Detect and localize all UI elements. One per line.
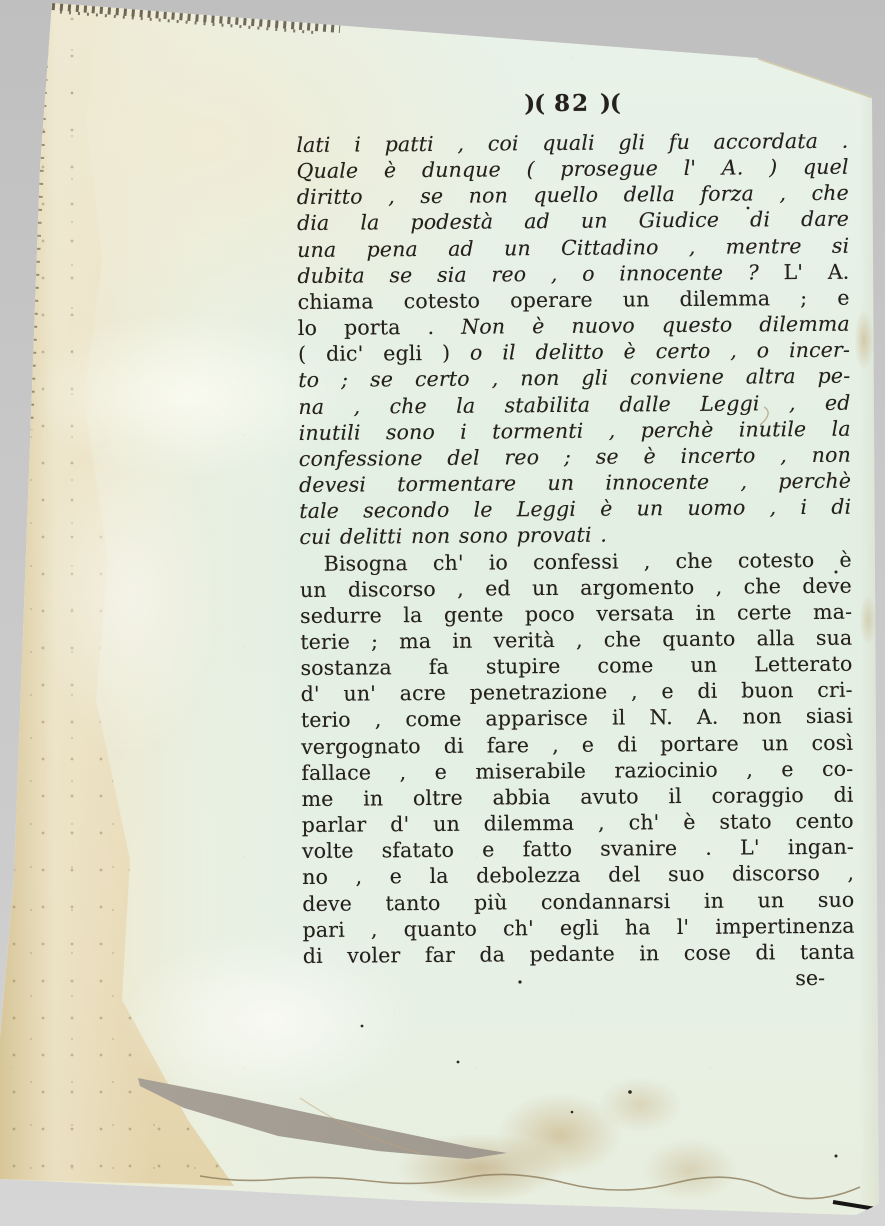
book-page: )(82)( lati i patti , coi quali gli fu a… (0, 0, 885, 1226)
text-line: terio , come apparisce il N. A. non sias… (301, 703, 853, 733)
roman-text-segment: me in oltre abbia avuto il coraggio di (301, 783, 853, 811)
text-lines: lati i patti , coi quali gli fu accordat… (296, 128, 855, 969)
page-number: 82 (554, 90, 590, 117)
roman-text-segment: terio , come apparisce il N. A. non sias… (301, 704, 853, 732)
bottom-crease-line (200, 1174, 860, 1198)
paper-patch-lower (40, 430, 220, 760)
italic-text-segment: confessione del reo ; se è incerto , non (299, 443, 851, 471)
roman-text-segment: volte sfatato e fatto svanire . L' ingan… (302, 835, 854, 863)
page-header: )(82)( (296, 88, 848, 119)
roman-text-segment: Bisogna ch' io confessi , che cotesto è (324, 547, 852, 575)
text-line: di voler far da pedante in cose di tanta (303, 938, 855, 968)
italic-text-segment: inutili sono i tormenti , perchè inutile… (299, 416, 851, 444)
italic-text-segment: lati i patti , coi quali gli fu accordat… (296, 129, 848, 157)
text-line: una pena ad un Cittadino , mentre si (297, 232, 849, 262)
roman-text-segment: L' A. (784, 259, 850, 284)
text-line: tale secondo le Leggi è un uomo , i di (299, 494, 851, 524)
scan-area: )(82)( lati i patti , coi quali gli fu a… (0, 0, 885, 1226)
page-text-block: )(82)( lati i patti , coi quali gli fu a… (296, 88, 855, 996)
roman-text-segment: ( dic' egli ) (298, 341, 470, 366)
text-line: pari , quanto ch' egli ha l' impertinenz… (302, 912, 854, 942)
italic-text-segment: cui delitti non sono provati . (299, 523, 607, 549)
italic-text-segment: na , che la stabilita dalle Leggi , ed (298, 390, 850, 418)
text-line: na , che la stabilita dalle Leggi , ed (298, 389, 850, 419)
roman-text-segment: parlar d' un dilemma , ch' è stato cento (302, 809, 854, 837)
catchword-row: se- (303, 965, 855, 996)
header-ornament-right: )( (600, 89, 620, 116)
corner-black-mark (833, 1202, 882, 1210)
roman-text-segment: deve tanto più condannarsi in un suo (302, 887, 854, 915)
roman-text-segment: sostanza fa stupire come un Letterato (300, 652, 852, 680)
roman-text-segment: di voler far da pedante in cose di tanta (303, 939, 855, 967)
roman-text-segment: pari , quanto ch' egli ha l' impertinenz… (302, 913, 854, 941)
italic-text-segment: dubita se sia reo , o innocente ? (297, 260, 783, 288)
italic-text-segment: Non è nuovo questo dilemma (461, 312, 850, 339)
text-line: deve tanto più condannarsi in un suo (302, 886, 854, 916)
catchword: se- (795, 966, 825, 990)
italic-text-segment: tale secondo le Leggi è un uomo , i di (299, 495, 851, 523)
text-line: no , e la debolezza del suo discorso , (302, 860, 854, 890)
text-line: un discorso , ed un argomento , che deve (300, 572, 852, 602)
roman-text-segment: chiama cotesto operare un dilemma ; e (298, 286, 850, 314)
header-ornament-left: )( (524, 90, 544, 117)
scan-background: { "document": { "page_number": "82", "he… (0, 0, 885, 1226)
roman-text-segment: terie ; ma in verità , che quanto alla s… (300, 626, 852, 654)
italic-text-segment: Quale è dunque ( prosegue l' A. ) quel (297, 155, 849, 183)
text-line: Bisogna ch' io confessi , che cotesto è (300, 546, 852, 576)
roman-text-segment: un discorso , ed un argomento , che deve (300, 573, 852, 601)
italic-text-segment: devesi tormentare un innocente , perchè (299, 469, 851, 497)
roman-text-segment: no , e la debolezza del suo discorso , (302, 861, 854, 889)
italic-text-segment: diritto , se non quello della forza , ch… (297, 181, 849, 209)
italic-text-segment: o il delitto è certo , o incer- (470, 338, 850, 365)
roman-text-segment: lo porta . (298, 315, 462, 340)
roman-text-segment: d' un' acre penetrazione , e di buon cri… (301, 678, 853, 706)
roman-text-segment: vergognato di fare , e di portare un cos… (301, 730, 853, 758)
roman-text-segment: sedurre la gente poco versata in certe m… (300, 599, 852, 627)
italic-text-segment: to ; se certo , non gli conviene altra p… (298, 364, 850, 392)
top-tear-speckles-2 (60, 12, 320, 33)
italic-text-segment: dia la podestà ad un Giudice di dare (297, 207, 849, 235)
text-line: dia la podestà ad un Giudice di dare (297, 206, 849, 236)
italic-text-segment: una pena ad un Cittadino , mentre si (297, 233, 849, 261)
text-line: vergognato di fare , e di portare un cos… (301, 729, 853, 759)
roman-text-segment: fallace , e miserabile raziocinio , e co… (301, 756, 853, 784)
text-line: to ; se certo , non gli conviene altra p… (298, 363, 850, 393)
